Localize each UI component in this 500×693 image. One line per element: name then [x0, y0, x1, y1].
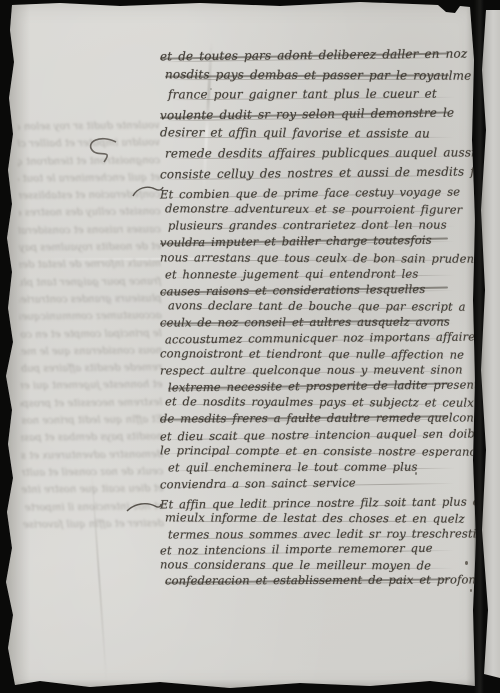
handwritten-line: conviendra a son sainct service — [160, 473, 470, 492]
bleed-through-line: Et affin que ledit prince nostre filz so… — [21, 411, 163, 430]
bleed-through-line: nosdits pays dembas et passer par le roy… — [21, 429, 163, 448]
ink-speck — [465, 561, 468, 565]
handwritten-line: nosdits pays dembas et passer par le roy… — [165, 65, 470, 86]
handwritten-line: vouldra imputer et bailler charge toutes… — [160, 232, 470, 251]
bleed-through-line: france pour gaigner tant plus le cueur e… — [19, 273, 161, 292]
handwritten-line: congnoistront et tiendront que nulle aff… — [160, 345, 470, 362]
ink-speck — [415, 472, 417, 475]
bleed-through-line: mieulx informe de lestat des choses et e… — [19, 256, 161, 275]
handwritten-line: nous considerans que le meilleur moyen d… — [160, 557, 470, 574]
handwritten-line: causes raisons et considerations lesquel… — [160, 280, 470, 299]
bleed-through-line: et honneste jugement qui entendront les — [20, 377, 162, 396]
manuscript-page: voulente dudit sr roy selon quil demonst… — [0, 0, 482, 693]
ink-speck — [210, 88, 212, 90]
bleed-through-line: ceulx de noz conseil et aultres ausquelz… — [21, 463, 163, 482]
handwritten-line: consiste celluy des nostres et aussi de … — [160, 162, 470, 185]
bleed-through-line: plusieurs grandes contrarietez dont len … — [19, 290, 161, 309]
handwritten-line: voulente dudit sr roy selon quil demonst… — [160, 103, 470, 126]
bleed-through-line: accoustumez communicquer noz importans a… — [20, 308, 162, 327]
handwritten-line: mieulx informe de lestat des choses et e… — [165, 511, 470, 528]
paragraph-flourish-icon — [125, 499, 163, 515]
bleed-through-line: causes raisons et considerations lesquel… — [19, 221, 161, 240]
handwritten-line: desirer et affin quil favorise et assist… — [160, 124, 470, 145]
handwritten-line: ceulx de noz conseil et aultres ausquelz… — [160, 313, 470, 330]
paragraph-2: Et combien que de prime face cestuy voya… — [160, 185, 470, 491]
bleed-through-line: consiste celluy des nostres et aussi de … — [19, 204, 161, 223]
ink-speck — [470, 589, 472, 592]
handwritten-line: remede desdits affaires publicques auque… — [165, 143, 470, 164]
handwritten-line: le principal compte et en consiste nostr… — [160, 442, 470, 459]
handwritten-line: et quil encheminera le tout comme plus — [168, 458, 470, 475]
handwritten-line: avons declare tant de bouche que par esc… — [168, 297, 470, 314]
bleed-through-line: remede desdits affaires publicques auque… — [20, 359, 162, 378]
handwritten-line: et honneste jugement qui entendront les — [165, 265, 470, 282]
manuscript-text: et de toutes pars adont deliberez daller… — [160, 46, 470, 589]
bleed-through-line: lextreme necessite et prosperite de ladi… — [21, 394, 163, 413]
photo-background: voulente dudit sr roy selon quil demonst… — [0, 0, 500, 693]
handwritten-line: et de toutes pars adont deliberez daller… — [160, 45, 470, 68]
bleed-through-line: demonstre adventureux et se pourroient f… — [21, 446, 163, 465]
bleed-through-line: et de nosdits royaulmes pays et subjectz… — [19, 238, 161, 257]
handwritten-line: demonstre adventureux et se pourroient f… — [165, 201, 470, 218]
bleed-through-line: desirer et affin quil favorise et assist… — [22, 515, 164, 534]
bleed-through-line: le principal compte et en consiste nostr… — [20, 325, 162, 344]
handwritten-line: nous arrestans que tous ceulx de bon sai… — [160, 249, 470, 266]
handwritten-line: france pour gaigner tant plus le cueur e… — [168, 85, 470, 106]
paragraph-1: et de toutes pars adont deliberez daller… — [160, 46, 470, 183]
handwritten-line: et de nosdits royaulmes pays et subjectz… — [165, 394, 470, 411]
bleed-through-line: voulente dudit sr roy selon quil demonst… — [18, 117, 160, 136]
paragraph-3: Et affin que ledit prince nostre filz so… — [160, 496, 470, 589]
margin-flourish-icon — [80, 136, 120, 166]
handwritten-line: et dieu scait que nostre intencion auque… — [160, 425, 470, 444]
bleed-through-line: nous considerans que le meilleur moyen d… — [20, 342, 162, 361]
handwritten-line: confederacion et establissement de paix … — [165, 573, 470, 590]
handwritten-line: de mesdits freres a faulte daultre remed… — [160, 410, 470, 427]
bottom-edge-shading — [0, 679, 482, 693]
bleed-through-line: et dieu scait que nostre intencion auque… — [21, 480, 163, 499]
